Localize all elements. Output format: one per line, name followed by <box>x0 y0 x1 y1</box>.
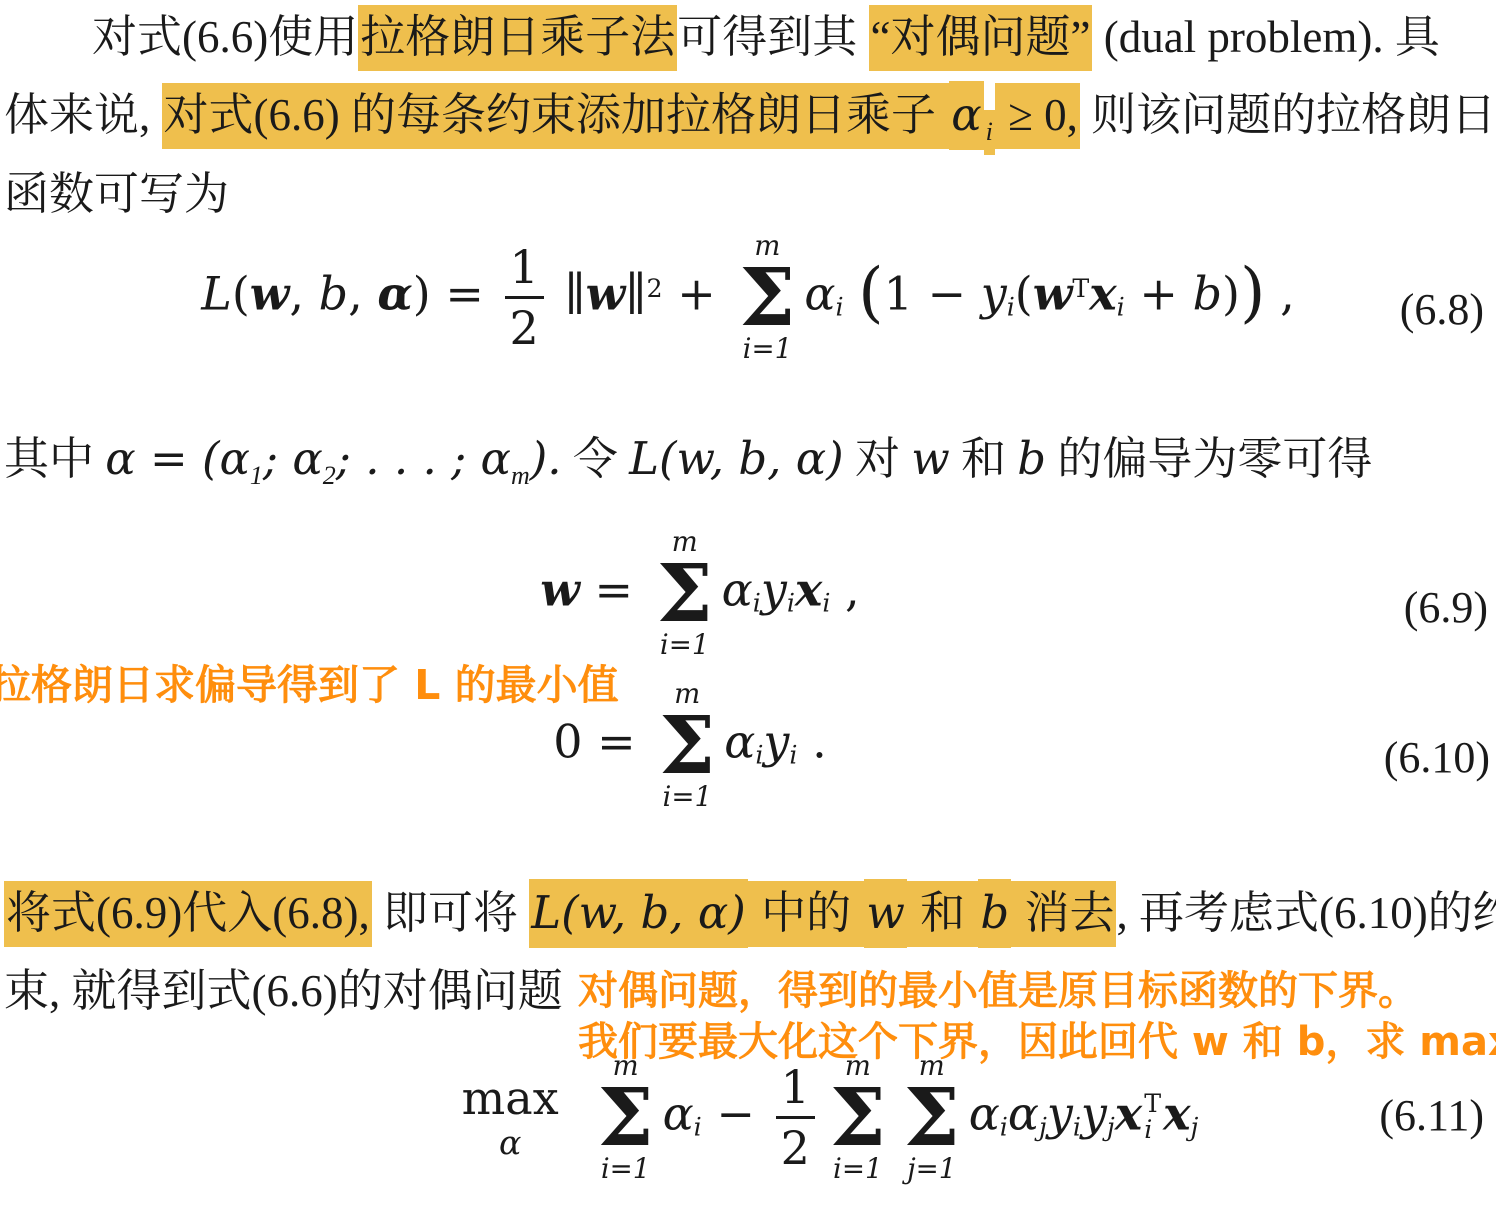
math-token: y <box>761 562 787 616</box>
math-token: α <box>804 266 835 320</box>
math-token: − <box>702 1086 770 1140</box>
text-segment: 体来说, <box>4 90 162 140</box>
math-token: ) = <box>413 266 499 320</box>
math-token <box>844 266 859 320</box>
equation-number-6-11: (6.11) <box>1379 1090 1484 1141</box>
math-token: L <box>201 266 232 320</box>
math-part: j=1 <box>907 1155 956 1183</box>
math-token: i <box>753 589 761 618</box>
math-token: maxα <box>462 1075 559 1159</box>
math-token: + <box>663 266 731 320</box>
text-segment: (dual problem). 具 <box>1092 12 1439 62</box>
math-token: w <box>1033 266 1073 320</box>
paragraph2-line2: 束, 就得到式(6.6)的对偶问题 <box>4 960 563 1022</box>
text-segment: ; . . . ; <box>336 432 481 485</box>
math-part: α <box>499 1126 521 1159</box>
textbook-page: 对式(6.6)使用拉格朗日乘子法可得到其 “对偶问题” (dual proble… <box>0 0 1496 1208</box>
text-segment: 2 <box>323 461 336 490</box>
text-segment: 即可将 <box>372 888 530 938</box>
equation-6-9: w = mΣi=1αiyixi , <box>0 528 1496 659</box>
math-token: w <box>586 266 626 320</box>
math-token: y <box>763 714 789 768</box>
equation-number-6-9: (6.9) <box>1404 582 1488 633</box>
math-token: ( <box>232 266 250 320</box>
equation-6-8-body: L(w, b, α) = 12 ∥w∥2 + mΣi=1αi (1 − yi(w… <box>201 232 1294 363</box>
text-segment: L(w, b, α) <box>629 432 844 485</box>
text-segment: = ( <box>136 432 220 485</box>
text-segment: α <box>220 432 250 485</box>
math-part: i=1 <box>743 335 793 363</box>
math-token: i <box>789 741 797 770</box>
text-segment: 对式(6.6)使用 <box>92 12 358 62</box>
text-segment: 函数可写为 <box>4 169 229 219</box>
math-token: j <box>1107 1113 1115 1142</box>
math-token: x <box>1163 1086 1190 1140</box>
text-segment: 和 <box>950 434 1018 484</box>
math-token: i <box>1007 293 1015 322</box>
between-line: 其中 α = (α1; α2; . . . ; αm). 令 L(w, b, α… <box>4 428 1372 507</box>
math-token: mΣi=1 <box>657 528 713 659</box>
highlighted-text: ≥ 0, <box>995 83 1080 149</box>
highlighted-text: 中的 <box>748 881 865 947</box>
math-part: T <box>1144 1091 1161 1118</box>
math-part: 2 <box>776 1116 815 1171</box>
math-token: x <box>795 562 822 616</box>
math-token: x <box>1115 1086 1142 1140</box>
math-part: i=1 <box>663 783 713 811</box>
math-part: 1 <box>776 1064 815 1116</box>
math-token: Ti <box>1144 1091 1161 1144</box>
math-token: ) <box>1222 266 1240 320</box>
math-token: 0 = <box>553 714 650 768</box>
equation-number-6-10: (6.10) <box>1384 732 1490 783</box>
math-token: α <box>969 1086 1000 1140</box>
highlighted-text: i <box>984 110 995 155</box>
math-token: ∥ <box>625 266 646 320</box>
text-segment: 可得到其 <box>677 12 868 62</box>
math-token: α <box>722 562 753 616</box>
math-part: i=1 <box>601 1155 651 1183</box>
math-token: i <box>1117 293 1125 322</box>
math-token: α <box>1008 1086 1039 1140</box>
math-token: i <box>787 589 795 618</box>
math-token: = <box>580 562 648 616</box>
math-token: i <box>1073 1113 1081 1142</box>
math-token: mΣj=1 <box>904 1052 960 1183</box>
math-token: i <box>1000 1113 1008 1142</box>
math-part: i <box>1144 1117 1152 1144</box>
math-token: b <box>319 266 348 320</box>
math-part: i=1 <box>660 631 710 659</box>
highlighted-text: b <box>978 879 1011 948</box>
highlighted-text: “对偶问题” <box>869 5 1093 71</box>
math-token: mΣi=1 <box>659 680 715 811</box>
text-segment: α <box>292 432 322 485</box>
math-part: Σ <box>830 1083 886 1153</box>
math-part: 2 <box>505 296 544 351</box>
math-token: , <box>348 266 377 320</box>
math-token: α <box>377 266 412 320</box>
text-segment: 令 <box>562 434 630 484</box>
math-token: w <box>540 562 580 616</box>
math-part: max <box>462 1075 559 1121</box>
math-token: b <box>1193 266 1222 320</box>
text-segment: 对 <box>844 434 912 484</box>
math-token: . <box>798 714 827 768</box>
math-part: 1 <box>505 244 544 296</box>
highlighted-text: 拉格朗日乘子法 <box>358 5 677 71</box>
math-part: Σ <box>904 1083 960 1153</box>
math-token: 12 <box>776 1064 815 1171</box>
math-token: + <box>1125 266 1193 320</box>
paragraph1-line1: 对式(6.6)使用拉格朗日乘子法可得到其 “对偶问题” (dual proble… <box>92 6 1440 68</box>
equation-6-11: maxαmΣi=1αi − 12mΣi=1mΣj=1αiαjyiyjxTixj <box>0 1052 1496 1183</box>
equation-6-10: 0 = mΣi=1αiyi . <box>0 680 1496 811</box>
math-token: 12 <box>505 244 544 351</box>
math-token: ) <box>1240 255 1265 331</box>
math-token: 1 − <box>884 266 981 320</box>
text-segment: α <box>481 432 511 485</box>
math-token: w <box>250 266 290 320</box>
paragraph1-line2: 体来说, 对式(6.6) 的每条约束添加拉格朗日乘子 αi ≥ 0, 则该问题的… <box>4 84 1496 163</box>
text-segment: α <box>105 432 135 485</box>
math-part: Σ <box>657 559 713 629</box>
highlighted-text: 和 <box>907 881 979 947</box>
math-token: T <box>1072 274 1089 303</box>
math-token: mΣi=1 <box>598 1052 654 1183</box>
text-segment: 1 <box>250 461 263 490</box>
highlighted-text: 消去 <box>1011 881 1116 947</box>
text-segment: 束, 就得到式(6.6)的对偶问题 <box>4 966 563 1016</box>
math-token: y <box>1081 1086 1107 1140</box>
highlighted-text: 对式(6.6) 的每条约束添加拉格朗日乘子 <box>162 83 950 149</box>
math-part: Σ <box>739 263 795 333</box>
text-segment: , 再考虑式(6.10)的约 <box>1116 888 1496 938</box>
paragraph2-line1: 将式(6.9)代入(6.8), 即可将 L(w, b, α) 中的 w 和 b … <box>4 882 1496 944</box>
math-token: mΣi=1 <box>739 232 795 363</box>
text-segment: b <box>1017 432 1046 485</box>
text-segment: 其中 <box>4 434 105 484</box>
text-segment: 则该问题的拉格朗日 <box>1080 90 1496 140</box>
equation-number-6-8: (6.8) <box>1400 284 1484 335</box>
math-token: x <box>1089 266 1116 320</box>
math-token: 2 <box>647 274 663 303</box>
math-token: ( <box>1015 266 1033 320</box>
math-token: ∥ <box>550 266 586 320</box>
math-token: j <box>1039 1113 1047 1142</box>
math-token: y <box>981 266 1007 320</box>
math-token: , <box>289 266 318 320</box>
text-segment: w <box>911 432 950 485</box>
math-token: y <box>1047 1086 1073 1140</box>
equation-6-9-body: w = mΣi=1αiyixi , <box>540 528 859 659</box>
equation-6-10-body: 0 = mΣi=1αiyi . <box>553 680 827 811</box>
math-token: j <box>1191 1113 1199 1142</box>
math-token: i <box>694 1113 702 1142</box>
math-part: Σ <box>598 1083 654 1153</box>
equation-6-8: L(w, b, α) = 12 ∥w∥2 + mΣi=1αi (1 − yi(w… <box>0 232 1496 363</box>
math-token: ( <box>858 255 883 331</box>
text-segment: ; <box>263 432 292 485</box>
math-token: mΣi=1 <box>830 1052 886 1183</box>
math-token: α <box>663 1086 694 1140</box>
math-token: , <box>830 562 859 616</box>
math-token: i <box>835 293 843 322</box>
highlighted-text: α <box>949 81 983 150</box>
math-part: i=1 <box>833 1155 883 1183</box>
math-token: α <box>724 714 755 768</box>
equation-6-11-body: maxαmΣi=1αi − 12mΣi=1mΣj=1αiαjyiyjxTixj <box>462 1052 1199 1183</box>
text-segment: ). <box>530 432 562 485</box>
highlighted-text: L(w, b, α) <box>529 879 748 948</box>
highlighted-text: w <box>864 879 907 948</box>
math-token: , <box>1265 266 1294 320</box>
text-segment: 的偏导为零可得 <box>1046 434 1372 484</box>
paragraph1-line3: 函数可写为 <box>4 163 229 225</box>
annotation-dual-lower-bound-note-line1: 对偶问题，得到的最小值是原目标函数的下界。 <box>578 959 1418 1016</box>
text-segment: m <box>511 461 530 490</box>
highlighted-text: 将式(6.9)代入(6.8), <box>4 881 372 947</box>
math-part: Σ <box>659 711 715 781</box>
